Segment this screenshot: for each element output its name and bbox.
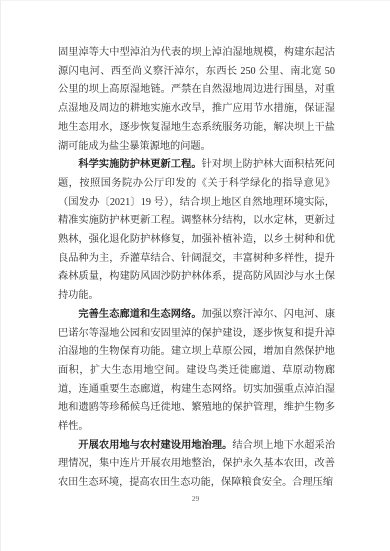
paragraph-eco-corridor: 完善生态廊道和生态网络。加强以察汗淖尔、闪电河、康巴诺尔等湿地公园和安固里淖的保… [58, 306, 335, 437]
paragraph-text: 固里淖等大中型淖泊为代表的坝上淖泊湿地规模，构建东起沽源闪电河、西至尚义察汗淖尔… [58, 47, 335, 152]
paragraph-farmland-treatment: 开展农用地与农村建设用地治理。结合坝上地下水超采治理情况，集中连片开展农用地整治… [58, 437, 335, 493]
paragraph-bold-lead: 开展农用地与农村建设用地治理。 [78, 440, 232, 451]
body-text: 固里淖等大中型淖泊为代表的坝上淖泊湿地规模，构建东起沽源闪电河、西至尚义察汗淖尔… [58, 44, 335, 493]
paragraph-text: 加强以察汗淖尔、闪电河、康巴诺尔等湿地公园和安固里淖的保护建设，逐步恢复和提升淖… [58, 309, 335, 432]
document-page: 固里淖等大中型淖泊为代表的坝上淖泊湿地规模，构建东起沽源闪电河、西至尚义察汗淖尔… [0, 0, 390, 551]
page-number: 29 [1, 494, 390, 504]
paragraph-bold-lead: 完善生态廊道和生态网络。 [78, 309, 201, 320]
paragraph-continuation: 固里淖等大中型淖泊为代表的坝上淖泊湿地规模，构建东起沽源闪电河、西至尚义察汗淖尔… [58, 44, 335, 156]
paragraph-text: 针对坝上防护林大面积枯死问题，按照国务院办公厅印发的《关于科学绿化的指导意见》（… [58, 159, 335, 301]
paragraph-forest-renewal: 科学实施防护林更新工程。针对坝上防护林大面积枯死问题，按照国务院办公厅印发的《关… [58, 156, 335, 306]
paragraph-bold-lead: 科学实施防护林更新工程。 [78, 159, 201, 170]
